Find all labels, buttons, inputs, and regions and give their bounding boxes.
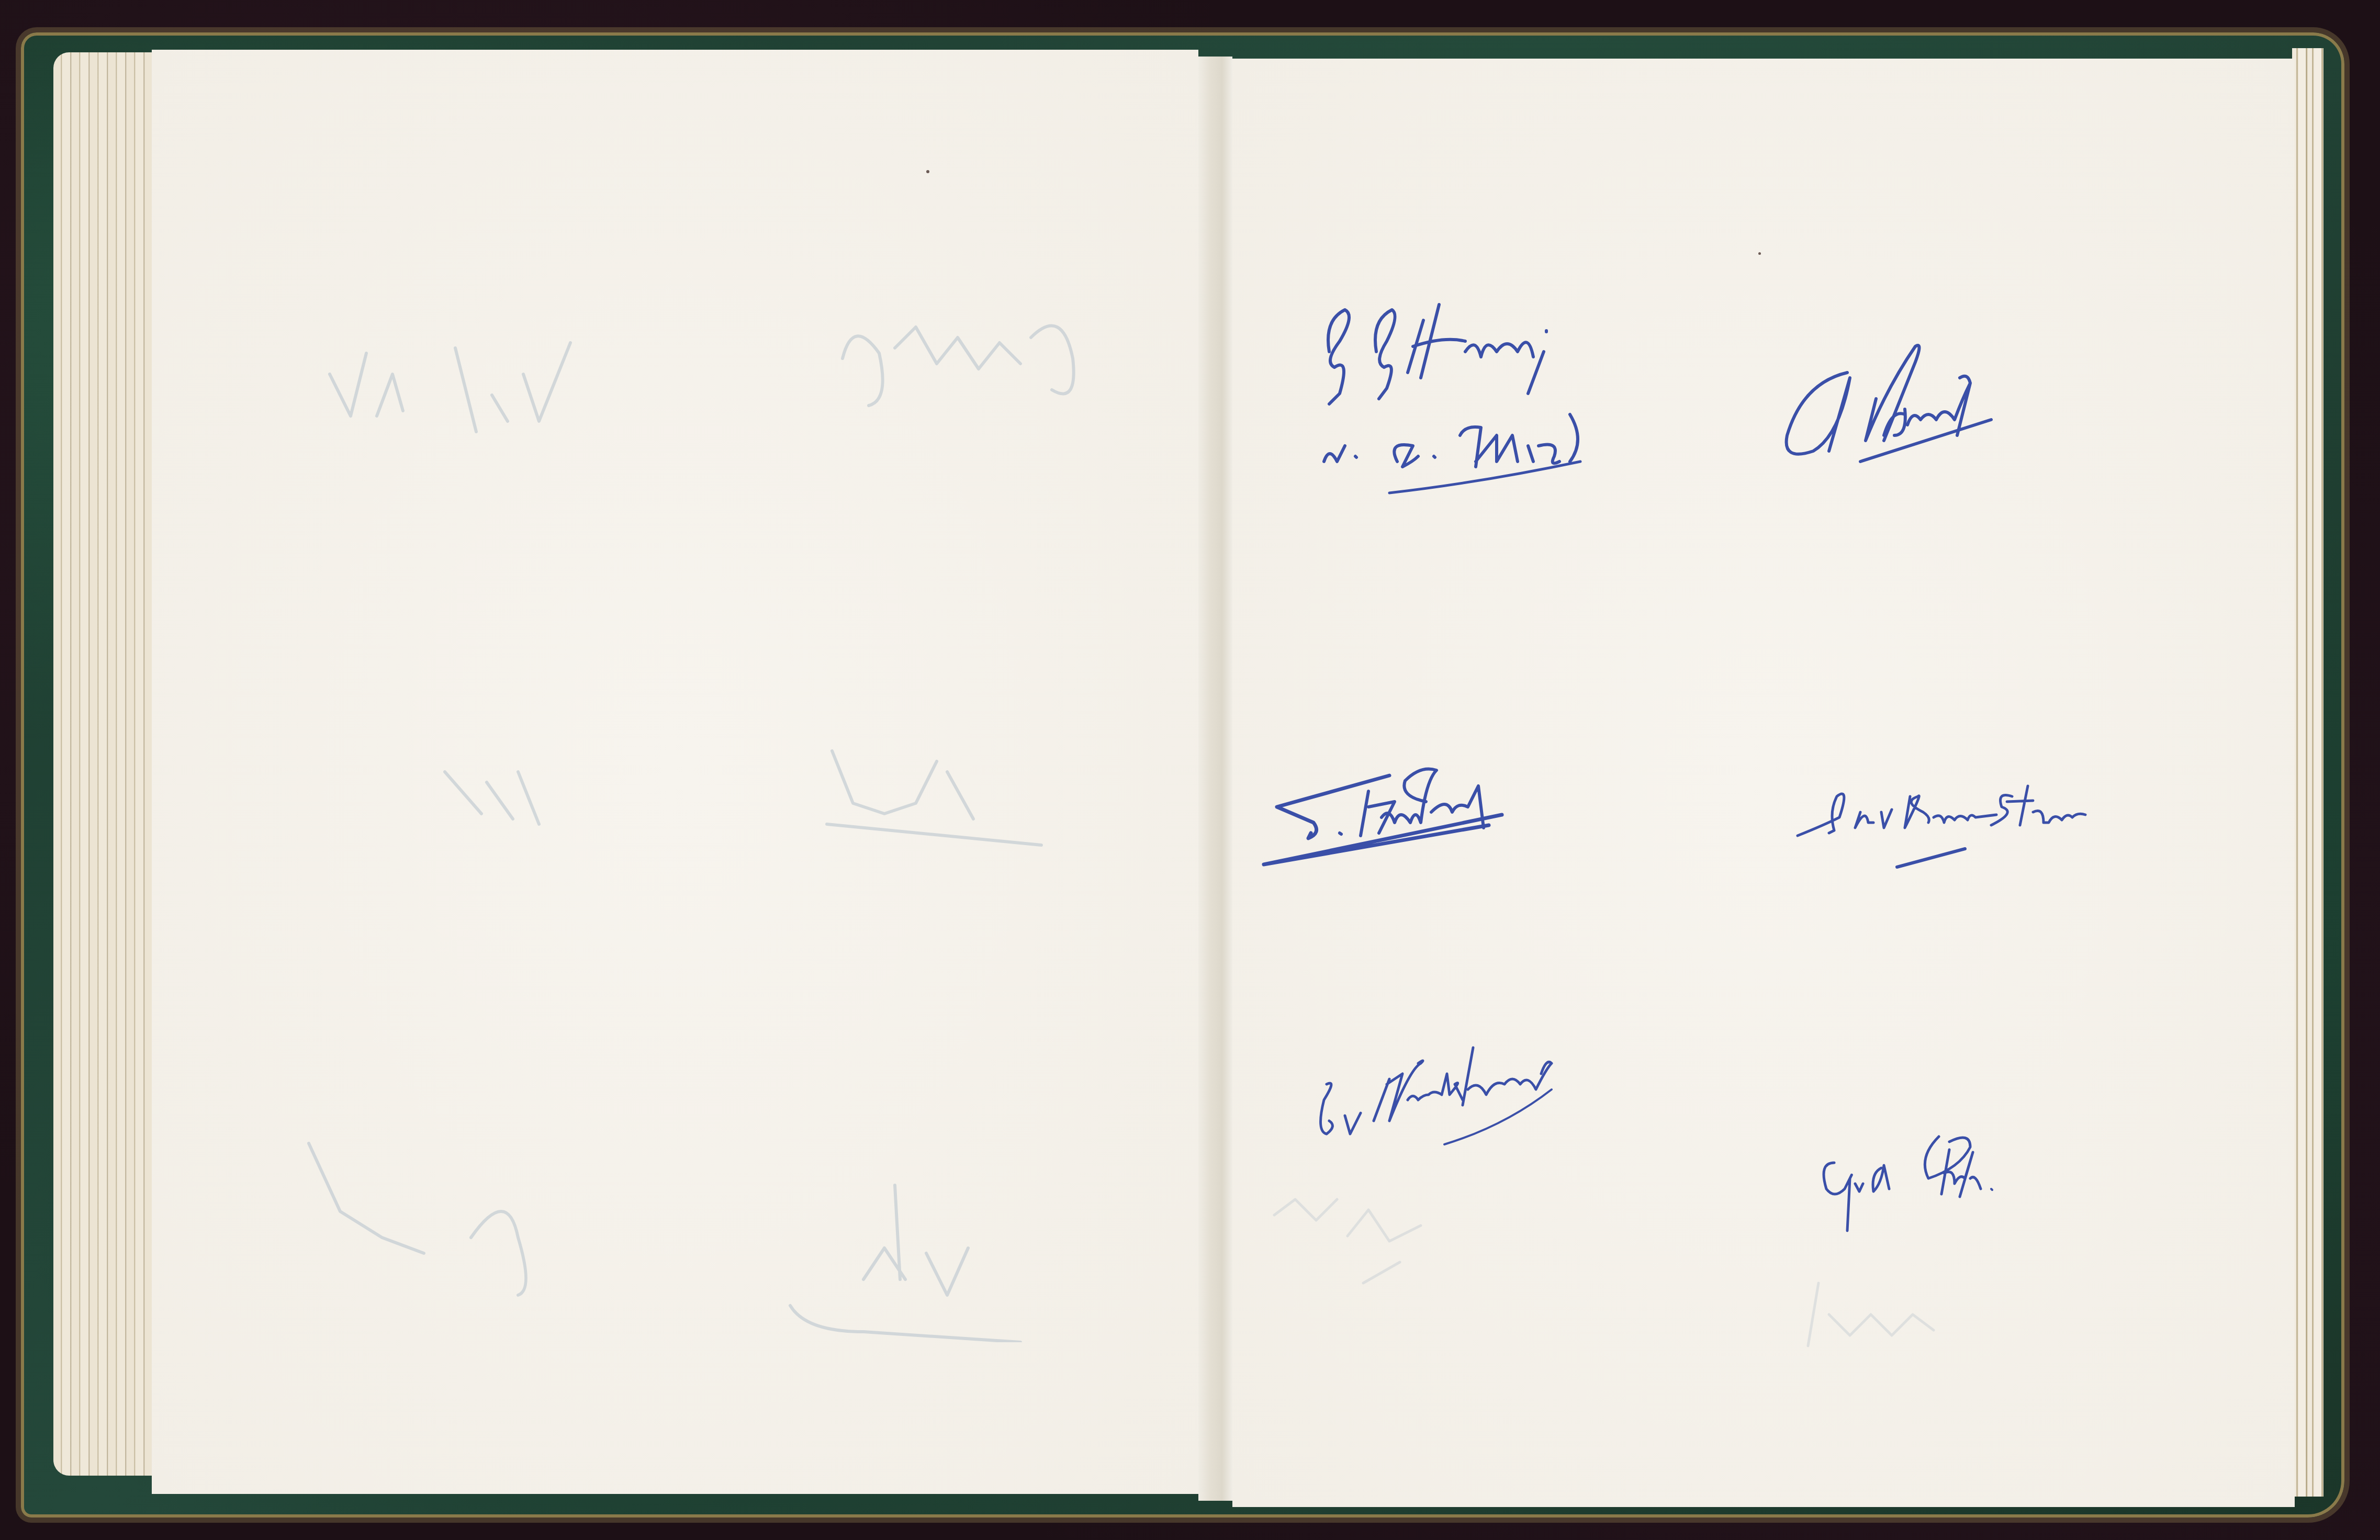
signature-text: S. Trudaug	[1248, 749, 1573, 875]
paper-speck	[926, 170, 929, 173]
signature-vd-park: C. G. v. d. Park.	[1803, 1126, 2064, 1262]
bleed-through-mark	[1264, 1178, 1525, 1307]
bleed-through-mark	[298, 1133, 612, 1303]
signature-text: G. G. Herwij v. d. Wiel	[1308, 289, 1643, 509]
signature-van-dam-stam: S. A. v. Dam-Stam	[1787, 781, 2143, 875]
left-page	[152, 50, 1198, 1494]
signature-text: S. A. v. Dam-Stam	[1787, 781, 2143, 875]
bleed-through-mark	[727, 1175, 1094, 1345]
signature-werkhoven: E. v. Werkhoven	[1306, 1016, 1630, 1163]
bleed-through-mark	[434, 751, 644, 837]
bleed-through-mark	[822, 740, 1115, 858]
right-page: G. G. Herwij v. d. Wiel A. Hennig S. Tru…	[1232, 59, 2295, 1507]
bleed-through-mark	[1798, 1262, 2059, 1369]
signature-herwij-vd-wiel: G. G. Herwij v. d. Wiel	[1308, 289, 1643, 509]
signature-text: C. G. v. d. Park.	[1803, 1126, 2064, 1262]
bleed-through-mark	[319, 311, 686, 450]
signature-hennig: A. Hennig	[1756, 331, 2080, 467]
paper-speck	[1758, 252, 1761, 255]
signature-text: A. Hennig	[1756, 331, 2080, 467]
left-page-stack	[53, 52, 158, 1476]
signature-text: E. v. Werkhoven	[1306, 1016, 1630, 1163]
spine-gutter	[1198, 57, 1232, 1501]
right-page-stack	[2292, 48, 2323, 1497]
bleed-through-mark	[832, 296, 1146, 419]
signature-trudaug: S. Trudaug	[1248, 749, 1573, 875]
